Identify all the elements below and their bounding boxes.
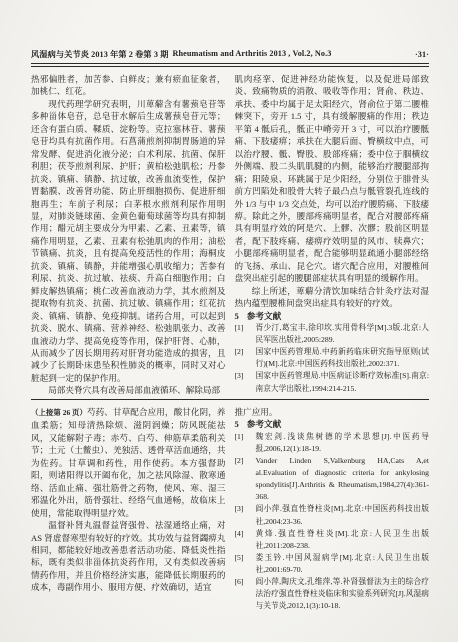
continued-from-note: （上接第 26 页） (31, 408, 87, 417)
article2-paragraph: 推广应用。 (235, 406, 430, 418)
article1-section: 热邪偏胜者，加苦参、白鲜皮；兼有瘀血征象者，加桃仁、红花。 现代药理学研究表明，… (31, 73, 429, 395)
reference-item: [3] 阎小萍.强直性脊柱炎[M].北京:中国医药科技出版社,2004:23-3… (235, 503, 430, 527)
article1-paragraph: 肌肉痉挛、促进神经功能恢复，以及促进局部致炎、致痛物质的消散、吸收等作用；肾俞、… (235, 73, 430, 285)
journal-scan-page: 风湿病与关节炎 2013 年第 2 卷第 3 期 Rheumatism and … (0, 0, 458, 642)
journal-title-cn: 风湿病与关节炎 2013 年第 2 卷第 3 期 (31, 49, 169, 60)
header-double-rule (31, 63, 429, 67)
article1-left-column: 热邪偏胜者，加苦参、白鲜皮；兼有瘀血征象者，加桃仁、红花。 现代药理学研究表明，… (31, 73, 226, 395)
article2-right-column: 推广应用。 5参考文献 [1] 魏宏剑.浅谈焦树德的学术思想[J].中医药导报,… (235, 406, 430, 642)
reference-item: [2] 国家中医药管理局.中药新药临床研究指导原则(试行)[M].北京:中国医药… (235, 346, 430, 370)
article2-paragraph: 温督补肾丸温督益肾强骨、祛湿通络止痛，对 AS 肾虚督寒型有较好的疗效。其功效与… (31, 519, 226, 594)
article2-left-column: （上接第 26 页）芍药、甘草配合应用，酸甘化阴，养血柔筋；知母清热除烦、滋阴润… (31, 406, 226, 642)
reference-item: [1] 胥少汀,葛宝丰,徐印坎.实用骨科学[M].3版.北京:人民军医出版社,2… (235, 322, 430, 346)
article1-paragraph: 局部夹脊穴具有改善局部血液循环、解除局部 (31, 384, 226, 395)
article1-references-heading: 5参考文献 (235, 310, 430, 322)
journal-title-en: Rheumatism and Arthritis 2013 , Vol.2, N… (173, 49, 332, 60)
page-content: 风湿病与关节炎 2013 年第 2 卷第 3 期 Rheumatism and … (31, 49, 429, 642)
article2-section: （上接第 26 页）芍药、甘草配合应用，酸甘化阴，养血柔筋；知母清热除烦、滋阴润… (31, 406, 429, 642)
article2-references-heading: 5参考文献 (235, 418, 430, 430)
article1-conclusion: 综上所述，萆薢分清饮加味结合针灸疗法对湿热内蕴型腰椎间盘突出症具有较好的疗效。 (235, 285, 430, 310)
reference-item: [2] Vander Linden S,Valkenburg HA,Cats A… (235, 455, 430, 503)
reference-item: [1] 魏宏剑.浅谈焦树德的学术思想[J].中医药导报,2006,12(1):1… (235, 431, 430, 455)
reference-item: [6] 阎小萍,陶庆文,孔维萍,等.补肾强督法为主的综合疗法治疗强直性脊柱炎临床… (235, 576, 430, 612)
article1-right-column: 肌肉痉挛、促进神经功能恢复，以及促进局部致炎、致痛物质的消散、吸收等作用；肾俞、… (235, 73, 430, 395)
article2-paragraph: （上接第 26 页）芍药、甘草配合应用，酸甘化阴，养血柔筋；知母清热除烦、滋阴润… (31, 406, 226, 519)
reference-item: [4] 黄烽.强直性脊柱炎[M].北京:人民卫生出版社,2011:208-238… (235, 528, 430, 552)
article-divider-rule (31, 399, 429, 400)
running-header: 风湿病与关节炎 2013 年第 2 卷第 3 期 Rheumatism and … (31, 49, 429, 60)
article1-paragraph: 现代药理学研究表明，川萆薢含有薯蓣皂苷等多种甾体皂苷，总皂苷水解后生成薯蓣皂苷元… (31, 98, 226, 384)
page-number: ·31· (415, 50, 429, 59)
article1-paragraph: 热邪偏胜者，加苦参、白鲜皮；兼有瘀血征象者，加桃仁、红花。 (31, 73, 226, 98)
journal-title: 风湿病与关节炎 2013 年第 2 卷第 3 期 Rheumatism and … (31, 49, 331, 60)
reference-item: [3] 国家中医药管理局.中医病证诊断疗效标准[S].南京:南京大学出版社,19… (235, 370, 430, 394)
reference-item: [5] 娄玉钤.中国风湿病学[M].北京:人民卫生出版社,2001:69-70. (235, 552, 430, 576)
